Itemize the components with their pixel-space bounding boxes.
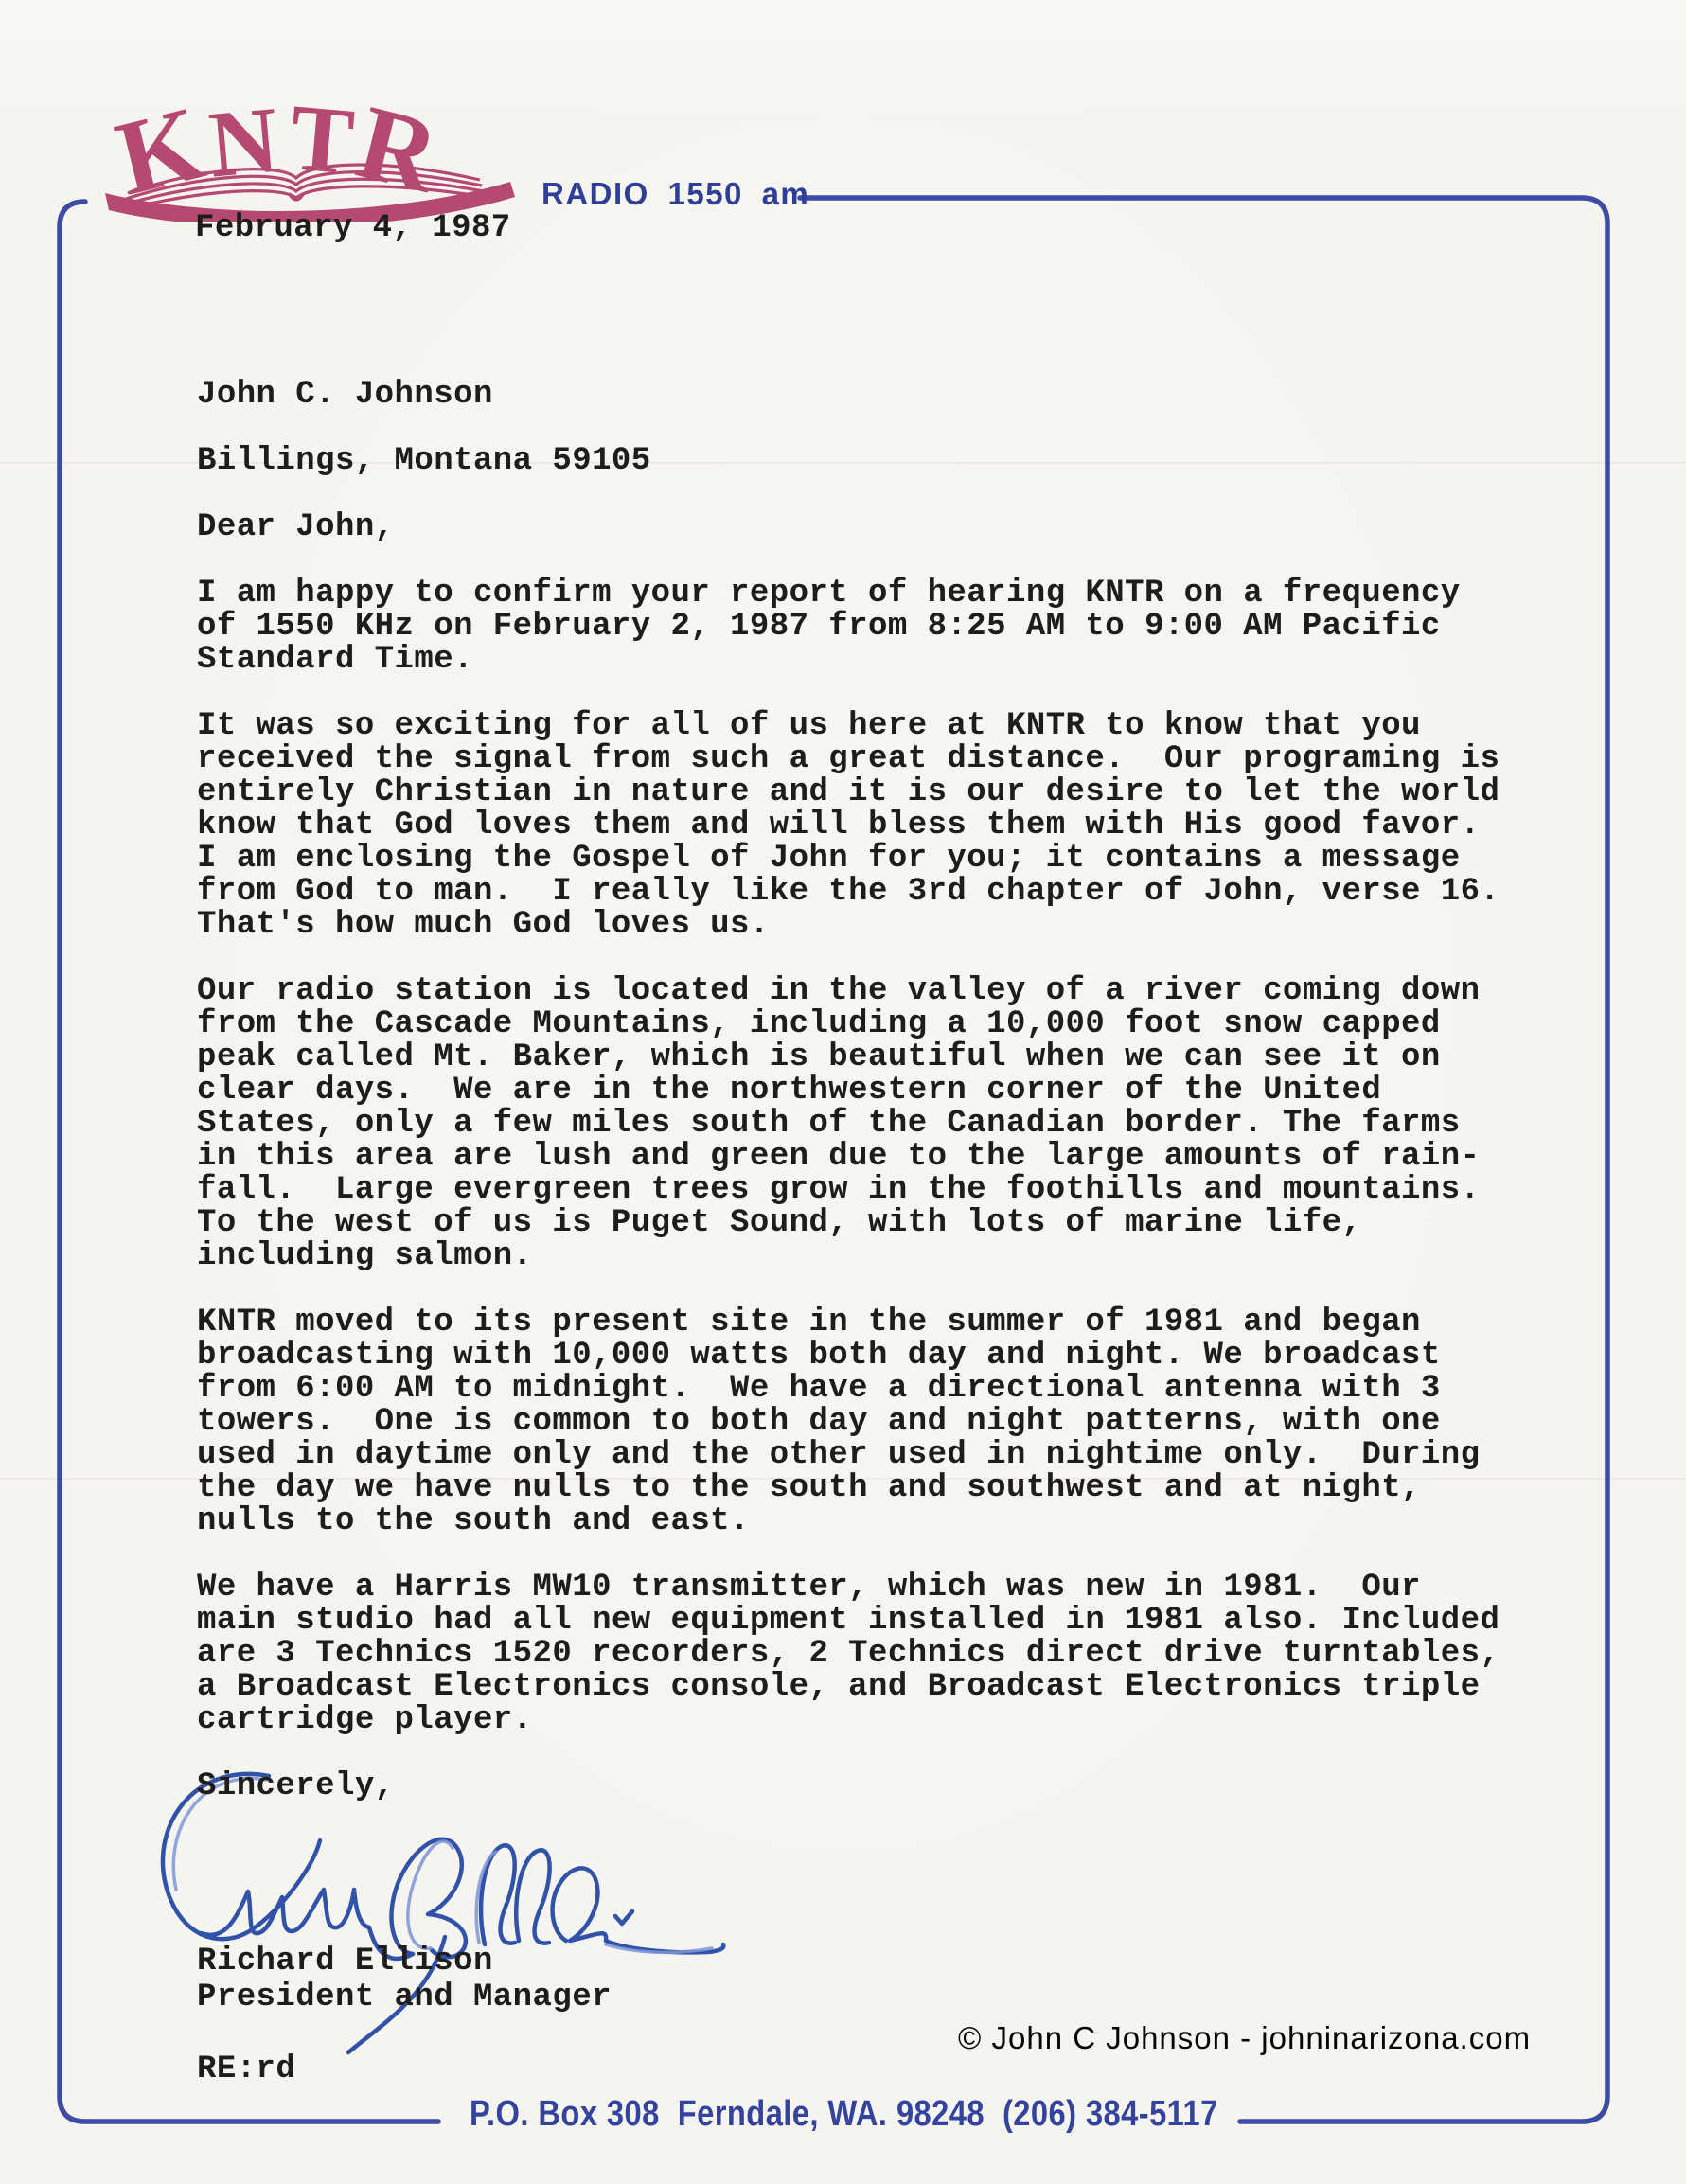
signature-block: Richard Ellison President and Manager: [197, 1944, 1541, 2015]
logo-letter-n: N: [205, 87, 283, 198]
paragraph-5: We have a Harris MW10 transmitter, which…: [197, 1571, 1541, 1737]
salutation: Dear John,: [197, 511, 1541, 544]
letter-date: February 4, 1987: [195, 210, 511, 246]
paragraph-2: It was so exciting for all of us here at…: [197, 710, 1541, 942]
valediction: Sincerely,: [197, 1770, 1541, 1803]
station-tagline: RADIO 1550 am: [541, 176, 809, 212]
logo-letters: K N T R: [106, 83, 451, 218]
paragraph-4: KNTR moved to its present site in the su…: [197, 1306, 1541, 1538]
recipient-name: John C. Johnson: [197, 379, 1541, 412]
logo-letter-r: R: [346, 83, 451, 216]
paragraph-1: I am happy to confirm your report of hea…: [197, 577, 1541, 677]
letter-body: John C. Johnson Billings, Montana 59105 …: [197, 379, 1541, 2120]
paragraph-3: Our radio station is located in the vall…: [197, 975, 1541, 1273]
logo-letter-t: T: [286, 84, 358, 194]
recipient-city: Billings, Montana 59105: [197, 445, 1541, 478]
typist-reference: RE:rd: [197, 2053, 1541, 2086]
copyright-watermark: © John C Johnson - johninarizona.com: [958, 2020, 1531, 2056]
letter-page: K N T R RADIO 1550 am February 4, 1987 J…: [0, 0, 1686, 2184]
signer-title: President and Manager: [197, 1980, 1541, 2015]
footer-address: P.O. Box 308 Ferndale, WA. 98248 (206) 3…: [470, 2094, 1218, 2135]
kntr-logo: K N T R: [98, 55, 519, 222]
kntr-logo-graphic: K N T R: [98, 55, 519, 222]
signer-name: Richard Ellison: [197, 1944, 1541, 1980]
